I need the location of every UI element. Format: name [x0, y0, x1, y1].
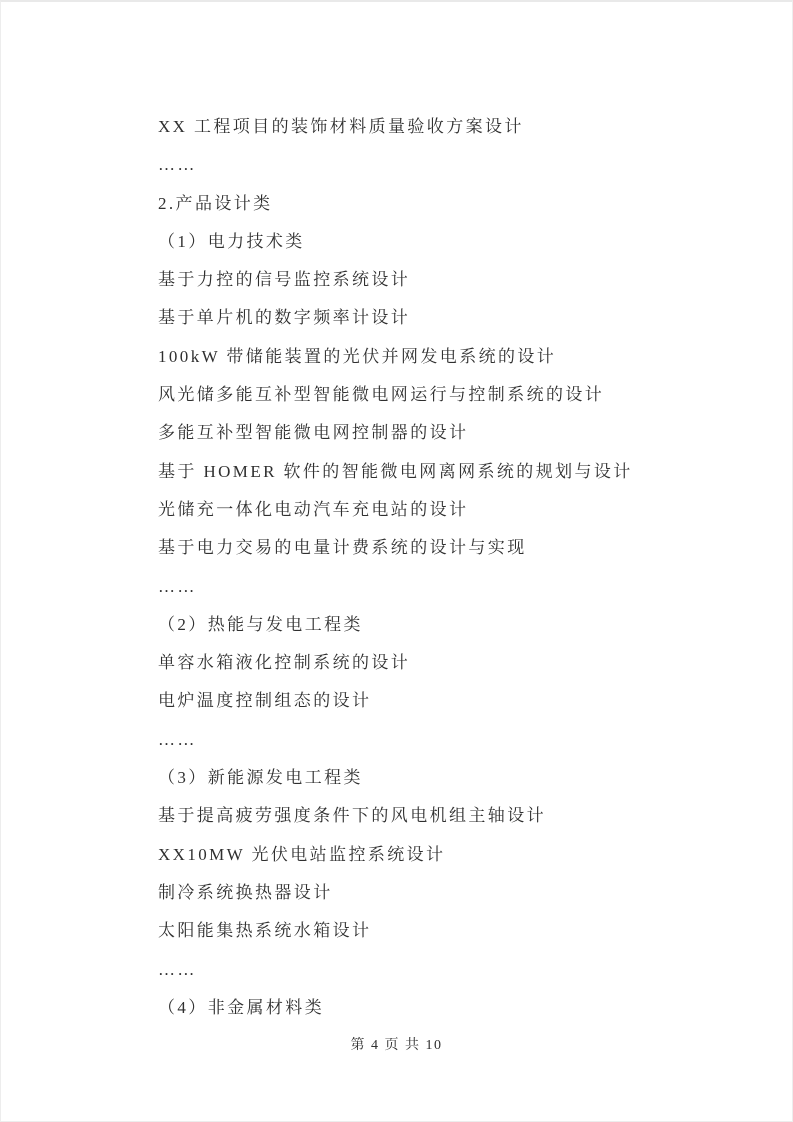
ellipsis-line: …… — [158, 721, 718, 759]
subsection-heading: （3）新能源发电工程类 — [158, 759, 718, 797]
doc-line: 多能互补型智能微电网控制器的设计 — [158, 414, 718, 452]
doc-line: 基于力控的信号监控系统设计 — [158, 261, 718, 299]
doc-line: 100kW 带储能装置的光伏并网发电系统的设计 — [158, 338, 718, 376]
doc-line: 电炉温度控制组态的设计 — [158, 682, 718, 720]
subsection-heading: （2）热能与发电工程类 — [158, 606, 718, 644]
doc-line: XX10MW 光伏电站监控系统设计 — [158, 836, 718, 874]
doc-line: 基于提高疲劳强度条件下的风电机组主轴设计 — [158, 797, 718, 835]
section-heading: 2.产品设计类 — [158, 185, 718, 223]
ellipsis-line: …… — [158, 146, 718, 184]
subsection-heading: （1）电力技术类 — [158, 223, 718, 261]
ellipsis-line: …… — [158, 951, 718, 989]
doc-line: 基于电力交易的电量计费系统的设计与实现 — [158, 529, 718, 567]
doc-line: 制冷系统换热器设计 — [158, 874, 718, 912]
doc-line: 太阳能集热系统水箱设计 — [158, 912, 718, 950]
subsection-heading: （4）非金属材料类 — [158, 989, 718, 1027]
doc-line: XX 工程项目的装饰材料质量验收方案设计 — [158, 108, 718, 146]
doc-line: 基于单片机的数字频率计设计 — [158, 299, 718, 337]
document-page: XX 工程项目的装饰材料质量验收方案设计 …… 2.产品设计类 （1）电力技术类… — [0, 0, 793, 1122]
doc-line: 单容水箱液化控制系统的设计 — [158, 644, 718, 682]
doc-line: 光储充一体化电动汽车充电站的设计 — [158, 491, 718, 529]
document-body: XX 工程项目的装饰材料质量验收方案设计 …… 2.产品设计类 （1）电力技术类… — [158, 108, 718, 1027]
doc-line: 风光储多能互补型智能微电网运行与控制系统的设计 — [158, 376, 718, 414]
page-number-footer: 第 4 页 共 10 — [1, 1036, 792, 1056]
doc-line: 基于 HOMER 软件的智能微电网离网系统的规划与设计 — [158, 453, 718, 491]
ellipsis-line: …… — [158, 568, 718, 606]
